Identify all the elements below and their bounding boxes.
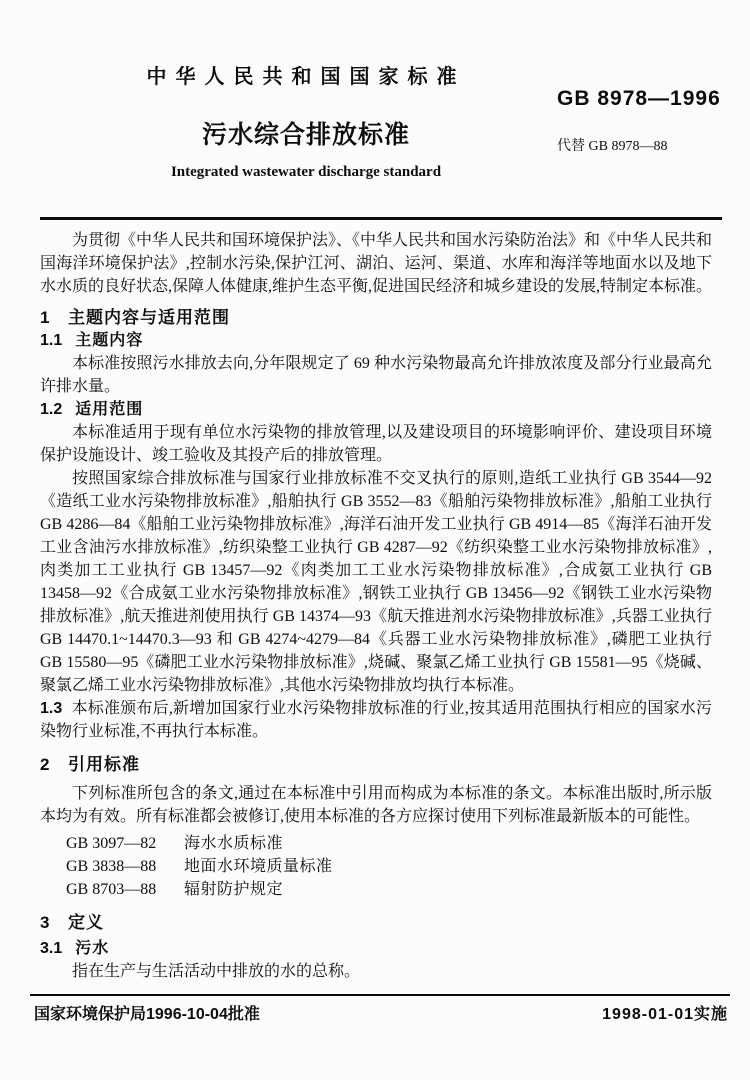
reference-code: GB 3097—82	[66, 832, 184, 855]
section-1-1-heading: 1.1主题内容	[40, 329, 712, 352]
reference-item: GB 3838—88地面水环境质量标准	[40, 855, 712, 878]
reference-item: GB 3097—82海水水质标准	[40, 832, 712, 855]
section-1-2-paragraph-2: 按照国家综合排放标准与国家行业排放标准不交叉执行的原则,造纸工业执行 GB 35…	[40, 467, 712, 697]
section-1-2-paragraph-1: 本标准适用于现有单位水污染物的排放管理,以及建设项目的环境影响评价、建设项目环境…	[40, 421, 712, 467]
section-3-1-number: 3.1	[40, 937, 62, 960]
implementation-note: 1998-01-01实施	[602, 1001, 728, 1024]
reference-list: GB 3097—82海水水质标准 GB 3838—88地面水环境质量标准 GB …	[40, 832, 712, 901]
supersedes-note: 代替 GB 8978—88	[557, 135, 667, 155]
section-1-3-text: 本标准颁布后,新增加国家行业水污染物排放标准的行业,按其适用范围执行相应的国家水…	[40, 700, 712, 740]
reference-code: GB 8703—88	[66, 878, 184, 901]
approval-note: 国家环境保护局1996-10-04批准	[34, 1001, 260, 1024]
document-body: 为贯彻《中华人民共和国环境保护法》、《中华人民共和国水污染防治法》和《中华人民共…	[40, 229, 712, 983]
standard-code: GB 8978—1996	[557, 87, 721, 111]
section-1-3-paragraph: 1.3本标准颁布后,新增加国家行业水污染物排放标准的行业,按其适用范围执行相应的…	[40, 697, 712, 743]
section-3-heading: 3定义	[40, 911, 712, 934]
reference-title: 地面水环境质量标准	[184, 858, 333, 875]
reference-item: GB 8703—88辐射防护规定	[40, 878, 712, 901]
section-1-1-title: 主题内容	[75, 332, 143, 349]
preamble-paragraph: 为贯彻《中华人民共和国环境保护法》、《中华人民共和国水污染防治法》和《中华人民共…	[40, 229, 712, 298]
section-1-title: 主题内容与适用范围	[68, 308, 230, 327]
section-2-intro-paragraph: 下列标准所包含的条文,通过在本标准中引用而构成为本标准的条文。本标准出版时,所示…	[40, 782, 712, 828]
section-1-1-paragraph: 本标准按照污水排放去向,分年限规定了 69 种水污染物最高允许排放浓度及部分行业…	[40, 352, 712, 398]
section-1-heading: 1主题内容与适用范围	[40, 306, 712, 329]
section-3-number: 3	[40, 911, 54, 934]
section-1-3-number: 1.3	[40, 700, 72, 717]
section-1-2-number: 1.2	[40, 398, 62, 421]
section-3-1-title: 污水	[75, 940, 109, 957]
footer-divider-rule	[30, 994, 730, 996]
document-title-zh: 污水综合排放标准	[0, 115, 612, 151]
reference-title: 海水水质标准	[184, 835, 283, 852]
section-3-1-heading: 3.1污水	[40, 937, 712, 960]
section-1-number: 1	[40, 306, 54, 329]
header-divider-rule	[40, 217, 722, 220]
section-2-number: 2	[40, 753, 54, 776]
reference-title: 辐射防护规定	[184, 881, 283, 898]
document-title-en: Integrated wastewater discharge standard	[0, 164, 612, 181]
document-page: 中华人民共和国国家标准 GB 8978—1996 污水综合排放标准 代替 GB …	[0, 0, 750, 1080]
section-3-1-paragraph: 指在生产与生活活动中排放的水的总称。	[40, 960, 712, 983]
section-3-title: 定义	[68, 913, 104, 932]
section-1-1-number: 1.1	[40, 329, 62, 352]
reference-code: GB 3838—88	[66, 855, 184, 878]
section-1-2-title: 适用范围	[75, 401, 143, 418]
national-standard-label: 中华人民共和国国家标准	[0, 60, 612, 89]
section-2-title: 引用标准	[68, 755, 140, 774]
section-2-heading: 2引用标准	[40, 753, 712, 776]
section-1-2-heading: 1.2适用范围	[40, 398, 712, 421]
